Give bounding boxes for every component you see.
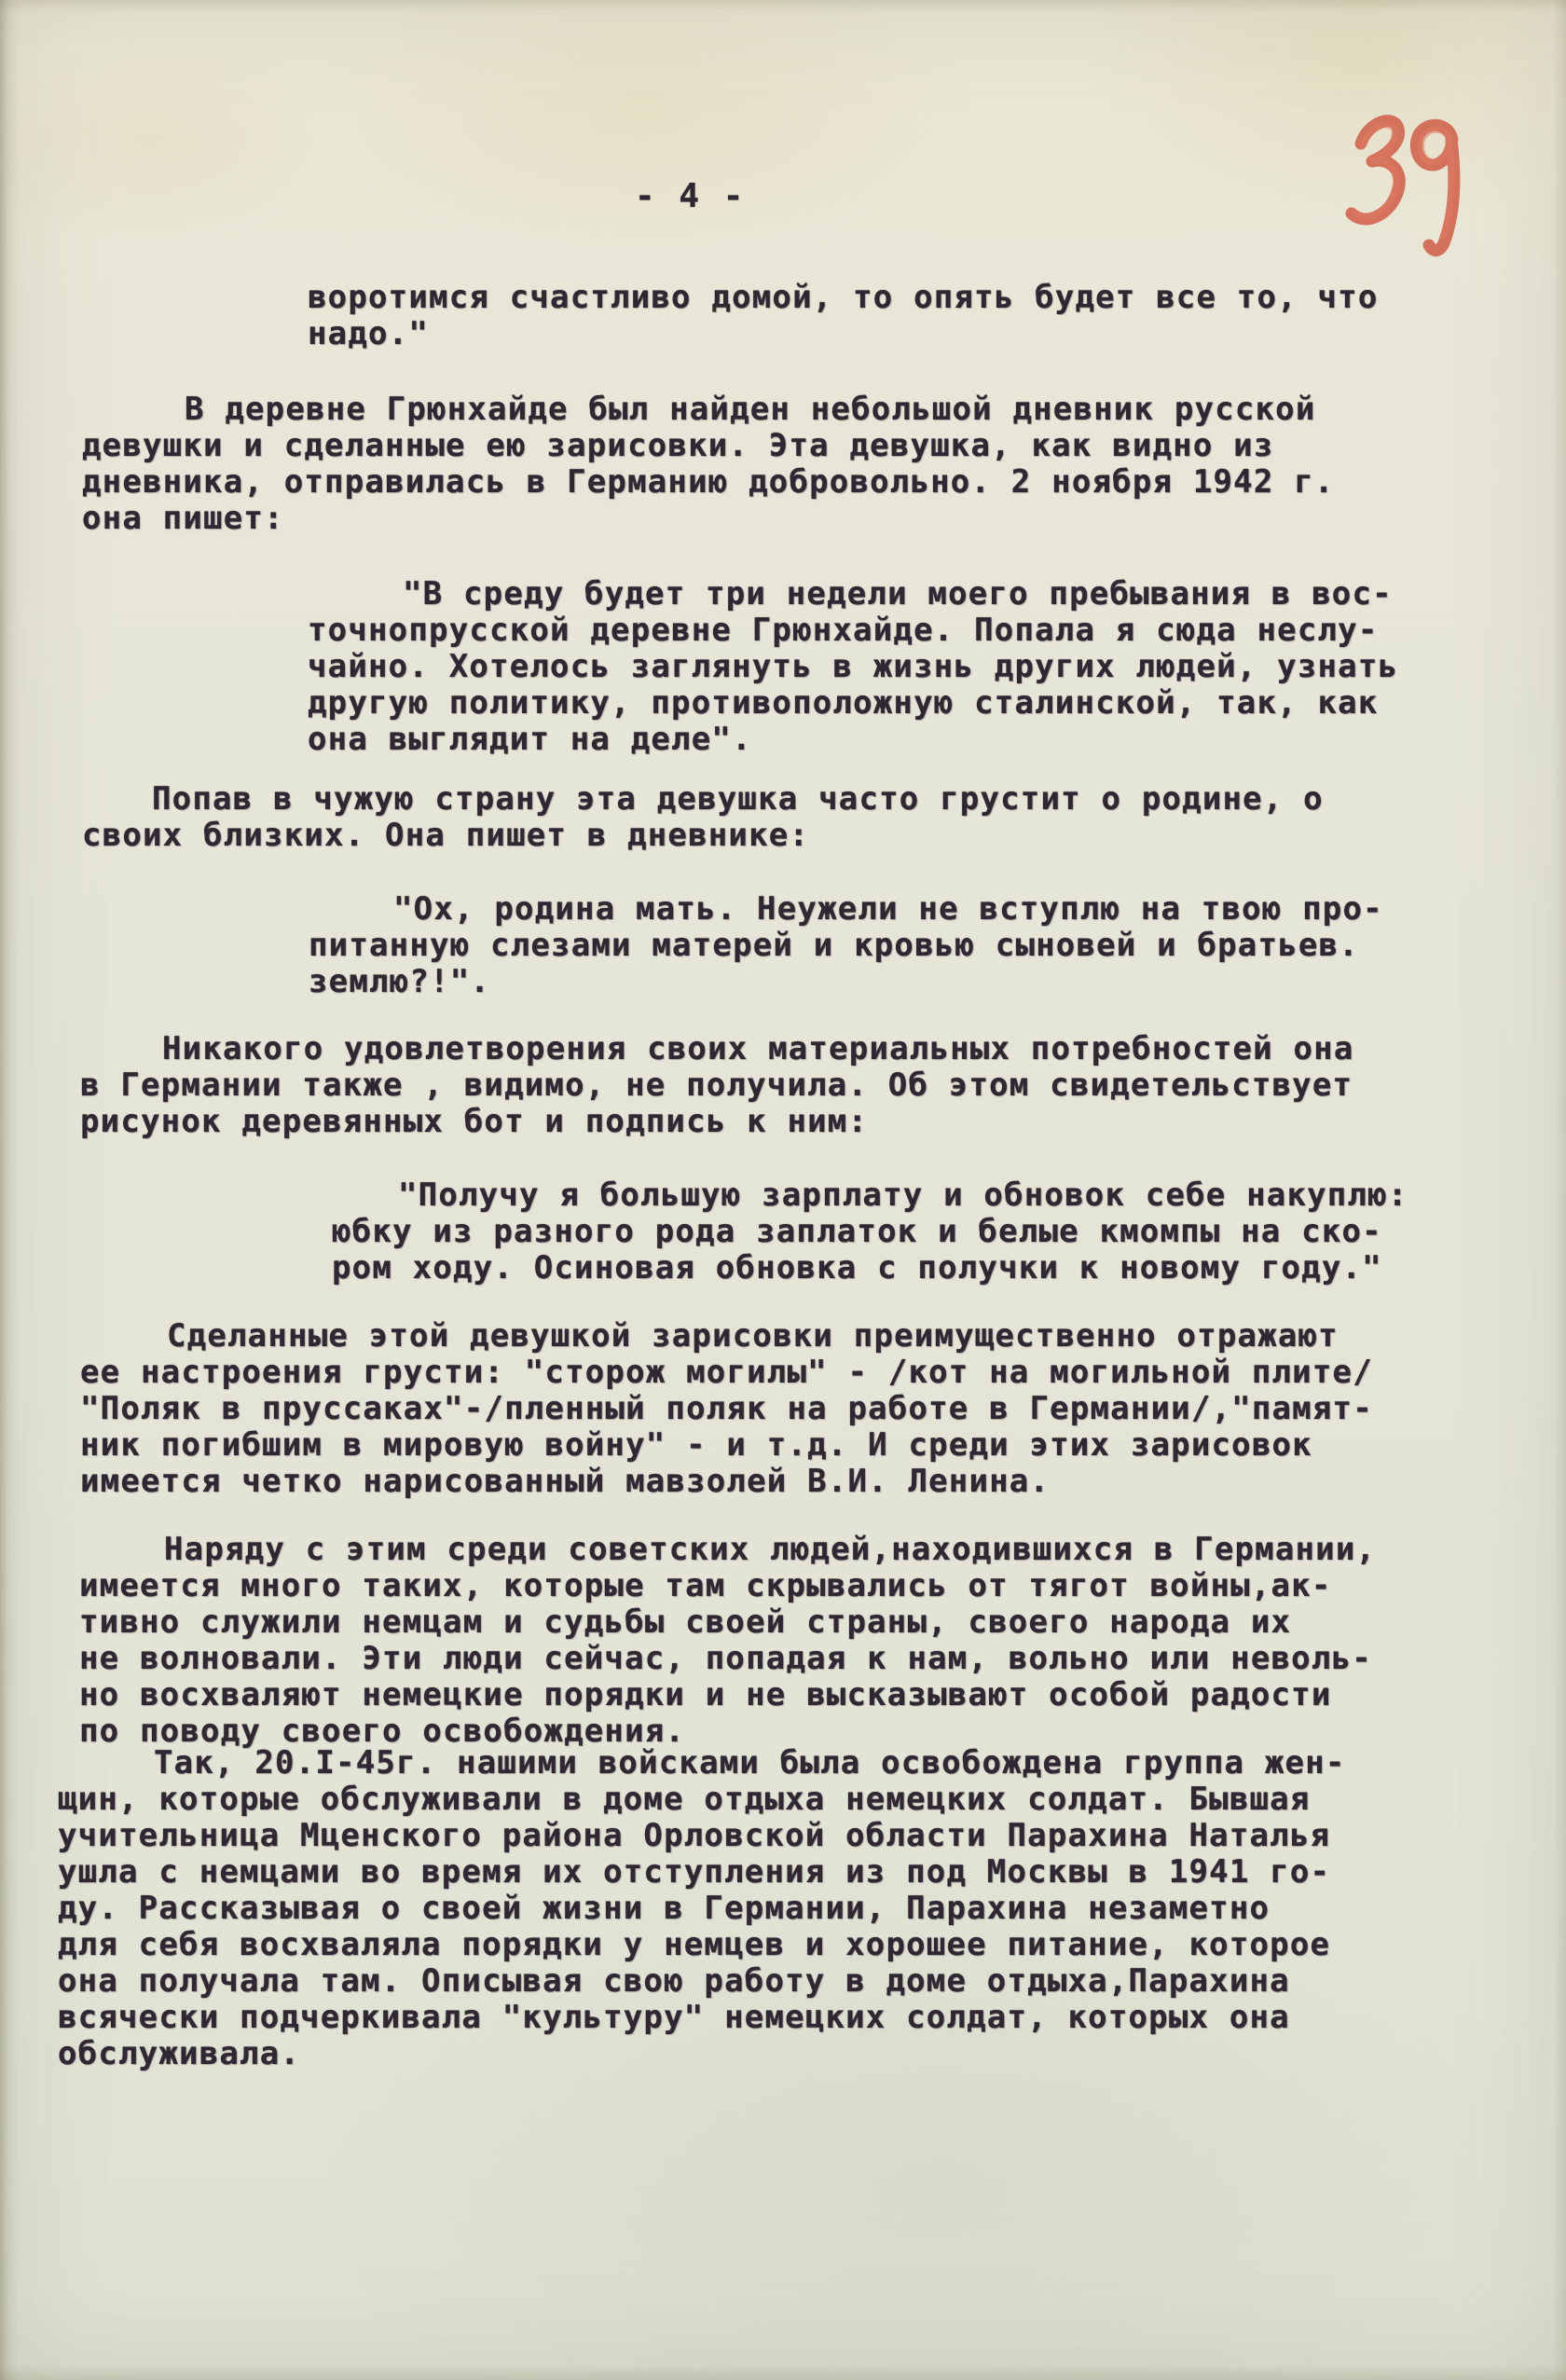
paper-edge-bottom (0, 2365, 1566, 2380)
text-line: ром ходу. Осиновая обновка с получки к н… (332, 1250, 1408, 1286)
text-line: ник погибшим в мировую войну" - и т.д. И… (80, 1427, 1373, 1464)
text-line: но восхваляют немецкие порядки и не выск… (79, 1677, 1376, 1713)
paragraph-no-satisfaction: Никакого удовлетворения своих материальн… (80, 1031, 1354, 1140)
text-line: имеется много таких, которые там скрывал… (79, 1568, 1376, 1604)
text-line: ду. Рассказывая о своей жизни в Германии… (58, 1891, 1346, 1927)
text-line: тивно служили немцам и судьбы своей стра… (79, 1604, 1376, 1641)
scanned-page: - 4 - 39 воротимся счастливо домой, то о… (0, 0, 1566, 2380)
text-line: "Ох, родина мать. Неужели не вступлю на … (309, 891, 1383, 928)
text-line: Так, 20.I-45г. нашими войсками была осво… (58, 1745, 1346, 1782)
text-line: воротимся счастливо домой, то опять буде… (308, 280, 1379, 316)
text-line: в Германии также , видимо, не получила. … (80, 1067, 1354, 1104)
paragraph-diary-found: В деревне Грюнхайде был найден небольшой… (82, 392, 1335, 537)
text-line: обслуживала. (58, 2036, 1346, 2072)
text-line: "В среду будет три недели моего пребыван… (308, 576, 1398, 612)
paper-edge-right (1553, 0, 1566, 2380)
text-line: надо." (308, 316, 1379, 352)
quote-continuation-paragraph: воротимся счастливо домой, то опять буде… (308, 280, 1379, 352)
text-line: ее настроения грусти: "сторож могилы" - … (80, 1355, 1373, 1391)
paragraph-sketches: Сделанные этой девушкой зарисовки преиму… (80, 1318, 1373, 1500)
text-line: девушки и сделанные ею зарисовки. Эта де… (82, 428, 1335, 464)
text-line: "Поляк в пруссаках"-/пленный поляк на ра… (80, 1391, 1373, 1427)
text-line: чайно. Хотелось заглянуть в жизнь других… (308, 649, 1398, 685)
text-line: она выглядит на деле". (308, 722, 1398, 758)
text-line: Никакого удовлетворения своих материальн… (80, 1031, 1354, 1067)
text-line: "Получу я большую зарплату и обновок себ… (332, 1177, 1408, 1214)
text-line: питанную слезами матерей и кровью сынове… (309, 928, 1383, 964)
text-line: имеется четко нарисованный мавзолей В.И.… (80, 1464, 1373, 1500)
page-number: - 4 - (635, 177, 745, 215)
text-line: Наряду с этим среди советских людей,нахо… (79, 1532, 1376, 1568)
text-line: щин, которые обслуживали в доме отдыха н… (58, 1782, 1346, 1818)
text-line: другую политику, противоположную сталинс… (308, 685, 1398, 722)
text-line: всячески подчеркивала "культуру" немецки… (58, 2000, 1346, 2036)
paragraph-parakhina: Так, 20.I-45г. нашими войсками была осво… (58, 1745, 1346, 2072)
paper-edge-left (0, 0, 19, 2380)
text-line: она получала там. Описывая свою работу в… (58, 1963, 1346, 2000)
text-line: учительница Мценского района Орловской о… (58, 1818, 1346, 1854)
quote-block-wednesday: "В среду будет три недели моего пребыван… (308, 576, 1398, 758)
handwritten-39-drawing (1333, 104, 1482, 272)
text-line: точнопрусской деревне Грюнхайде. Попала … (308, 612, 1398, 649)
text-line: юбку из разного рода заплаток и белые км… (332, 1214, 1408, 1250)
paper-edge-top (0, 0, 1566, 13)
text-line: ушла с немцами во время их отступления и… (58, 1854, 1346, 1891)
handwritten-archive-number: 39 (1333, 104, 1482, 272)
text-line: землю?!". (309, 964, 1383, 1000)
quote-block-salary: "Получу я большую зарплату и обновок себ… (332, 1177, 1408, 1286)
text-line: своих близких. Она пишет в дневнике: (82, 818, 1324, 854)
text-line: для себя восхваляла порядки у немцев и х… (58, 1927, 1346, 1963)
text-line: рисунок деревянных бот и подпись к ним: (80, 1104, 1354, 1140)
text-line: не волновали. Эти люди сейчас, попадая к… (79, 1641, 1376, 1677)
text-line: Попав в чужую страну эта девушка часто г… (82, 781, 1324, 818)
quote-block-motherland: "Ох, родина мать. Неужели не вступлю на … (309, 891, 1383, 1000)
text-line: она пишет: (82, 501, 1335, 537)
paragraph-homesick: Попав в чужую страну эта девушка часто г… (82, 781, 1324, 854)
text-line: В деревне Грюнхайде был найден небольшой… (82, 392, 1335, 428)
text-line: дневника, отправилась в Германию доброво… (82, 464, 1335, 501)
text-line: Сделанные этой девушкой зарисовки преиму… (80, 1318, 1373, 1355)
paragraph-soviet-people: Наряду с этим среди советских людей,нахо… (79, 1532, 1376, 1750)
